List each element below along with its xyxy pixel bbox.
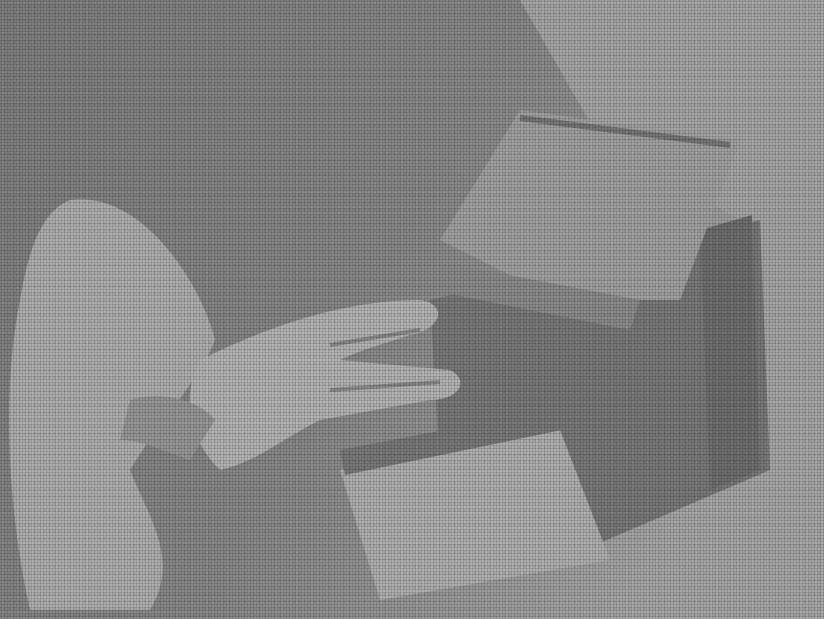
- machine-side: [700, 215, 760, 490]
- halftone-photo: [0, 0, 824, 619]
- photo-scene: [0, 0, 824, 619]
